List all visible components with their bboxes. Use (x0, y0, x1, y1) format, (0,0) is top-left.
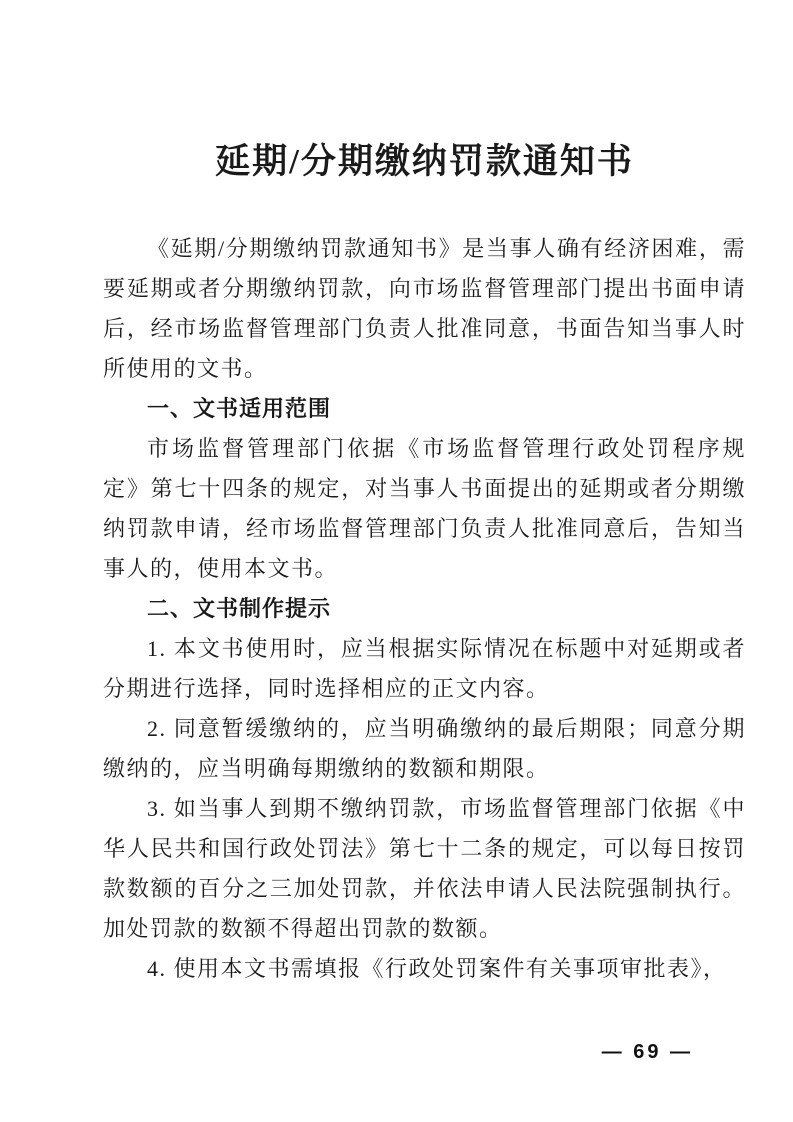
section-heading-scope: 一、文书适用范围 (103, 389, 746, 429)
section-heading-tips: 二、文书制作提示 (103, 589, 746, 629)
paragraph-scope: 市场监督管理部门依据《市场监督管理行政处罚程序规定》第七十四条的规定，对当事人书… (103, 429, 746, 589)
paragraph-tip-3: 3. 如当事人到期不缴纳罚款，市场监督管理部门依据《中华人民共和国行政处罚法》第… (103, 789, 746, 949)
document-body: 《延期/分期缴纳罚款通知书》是当事人确有经济困难，需要延期或者分期缴纳罚款，向市… (103, 229, 746, 989)
document-content: 延期/分期缴纳罚款通知书 《延期/分期缴纳罚款通知书》是当事人确有经济困难，需要… (103, 0, 746, 989)
page-number: — 69 — (602, 1041, 693, 1064)
paragraph-tip-1: 1. 本文书使用时，应当根据实际情况在标题中对延期或者分期进行选择，同时选择相应… (103, 629, 746, 709)
document-page: 延期/分期缴纳罚款通知书 《延期/分期缴纳罚款通知书》是当事人确有经济困难，需要… (0, 0, 793, 1122)
paragraph-intro: 《延期/分期缴纳罚款通知书》是当事人确有经济困难，需要延期或者分期缴纳罚款，向市… (103, 229, 746, 389)
paragraph-tip-4: 4. 使用本文书需填报《行政处罚案件有关事项审批表》， (103, 949, 746, 989)
paragraph-tip-2: 2. 同意暂缓缴纳的，应当明确缴纳的最后期限；同意分期缴纳的，应当明确每期缴纳的… (103, 709, 746, 789)
document-title: 延期/分期缴纳罚款通知书 (103, 140, 746, 184)
